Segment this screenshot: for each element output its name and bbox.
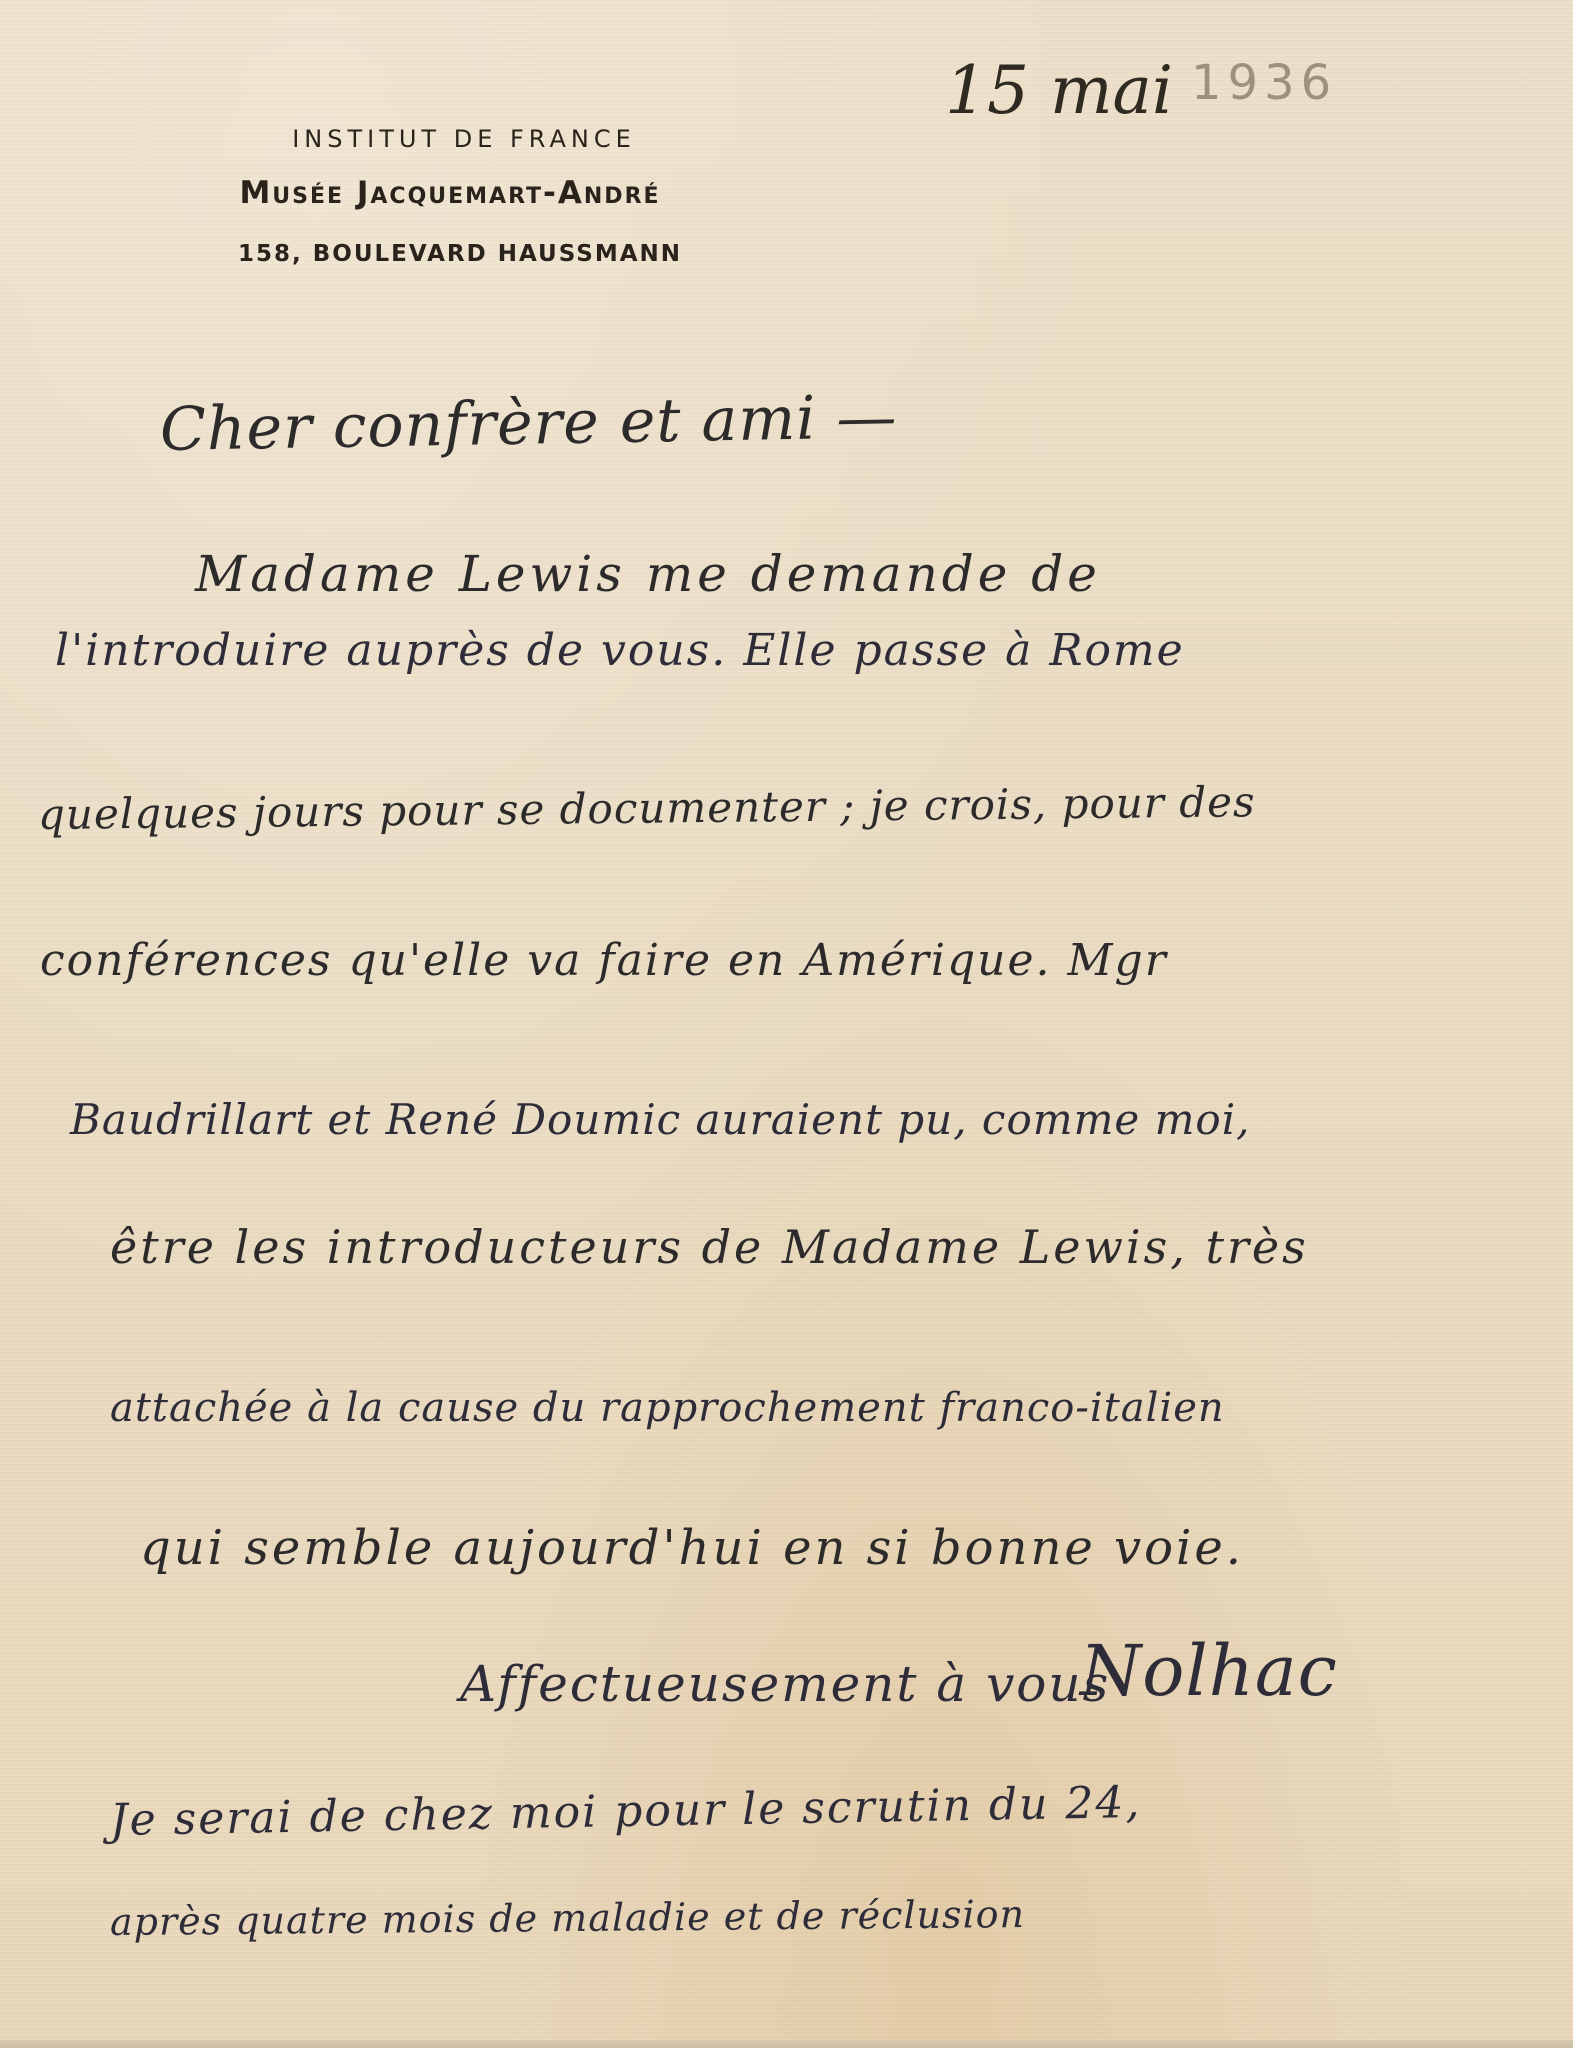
date-handwritten: 15 mai xyxy=(945,52,1173,129)
letter-paper xyxy=(0,0,1573,2048)
signature: Nolhac xyxy=(1080,1630,1338,1712)
body-line: conférences qu'elle va faire en Amérique… xyxy=(40,935,1168,986)
closing: Affectueusement à vous xyxy=(460,1655,1110,1713)
body-line: qui semble aujourd'hui en si bonne voie. xyxy=(140,1520,1244,1576)
letterhead-institution: INSTITUT DE FRANCE xyxy=(158,125,770,153)
postscript-line: après quatre mois de maladie et de réclu… xyxy=(110,1892,1025,1944)
paper-edge xyxy=(0,2040,1573,2048)
body-line: l'introduire auprès de vous. Elle passe … xyxy=(55,625,1185,676)
body-line: être les introducteurs de Madame Lewis, … xyxy=(110,1220,1309,1274)
letterhead: INSTITUT DE FRANCE Musée Jacquemart-Andr… xyxy=(130,125,770,267)
body-line: Baudrillart et René Doumic auraient pu, … xyxy=(70,1095,1251,1144)
letterhead-address: 158, BOULEVARD HAUSSMANN xyxy=(150,241,770,267)
date-year-pencil: 1936 xyxy=(1191,55,1337,111)
body-line: attachée à la cause du rapprochement fra… xyxy=(110,1385,1225,1431)
letter-date: 15 mai1936 xyxy=(945,52,1337,129)
body-line: Madame Lewis me demande de xyxy=(195,545,1101,603)
salutation: Cher confrère et ami — xyxy=(159,382,898,465)
letterhead-museum: Musée Jacquemart-André xyxy=(130,175,770,211)
